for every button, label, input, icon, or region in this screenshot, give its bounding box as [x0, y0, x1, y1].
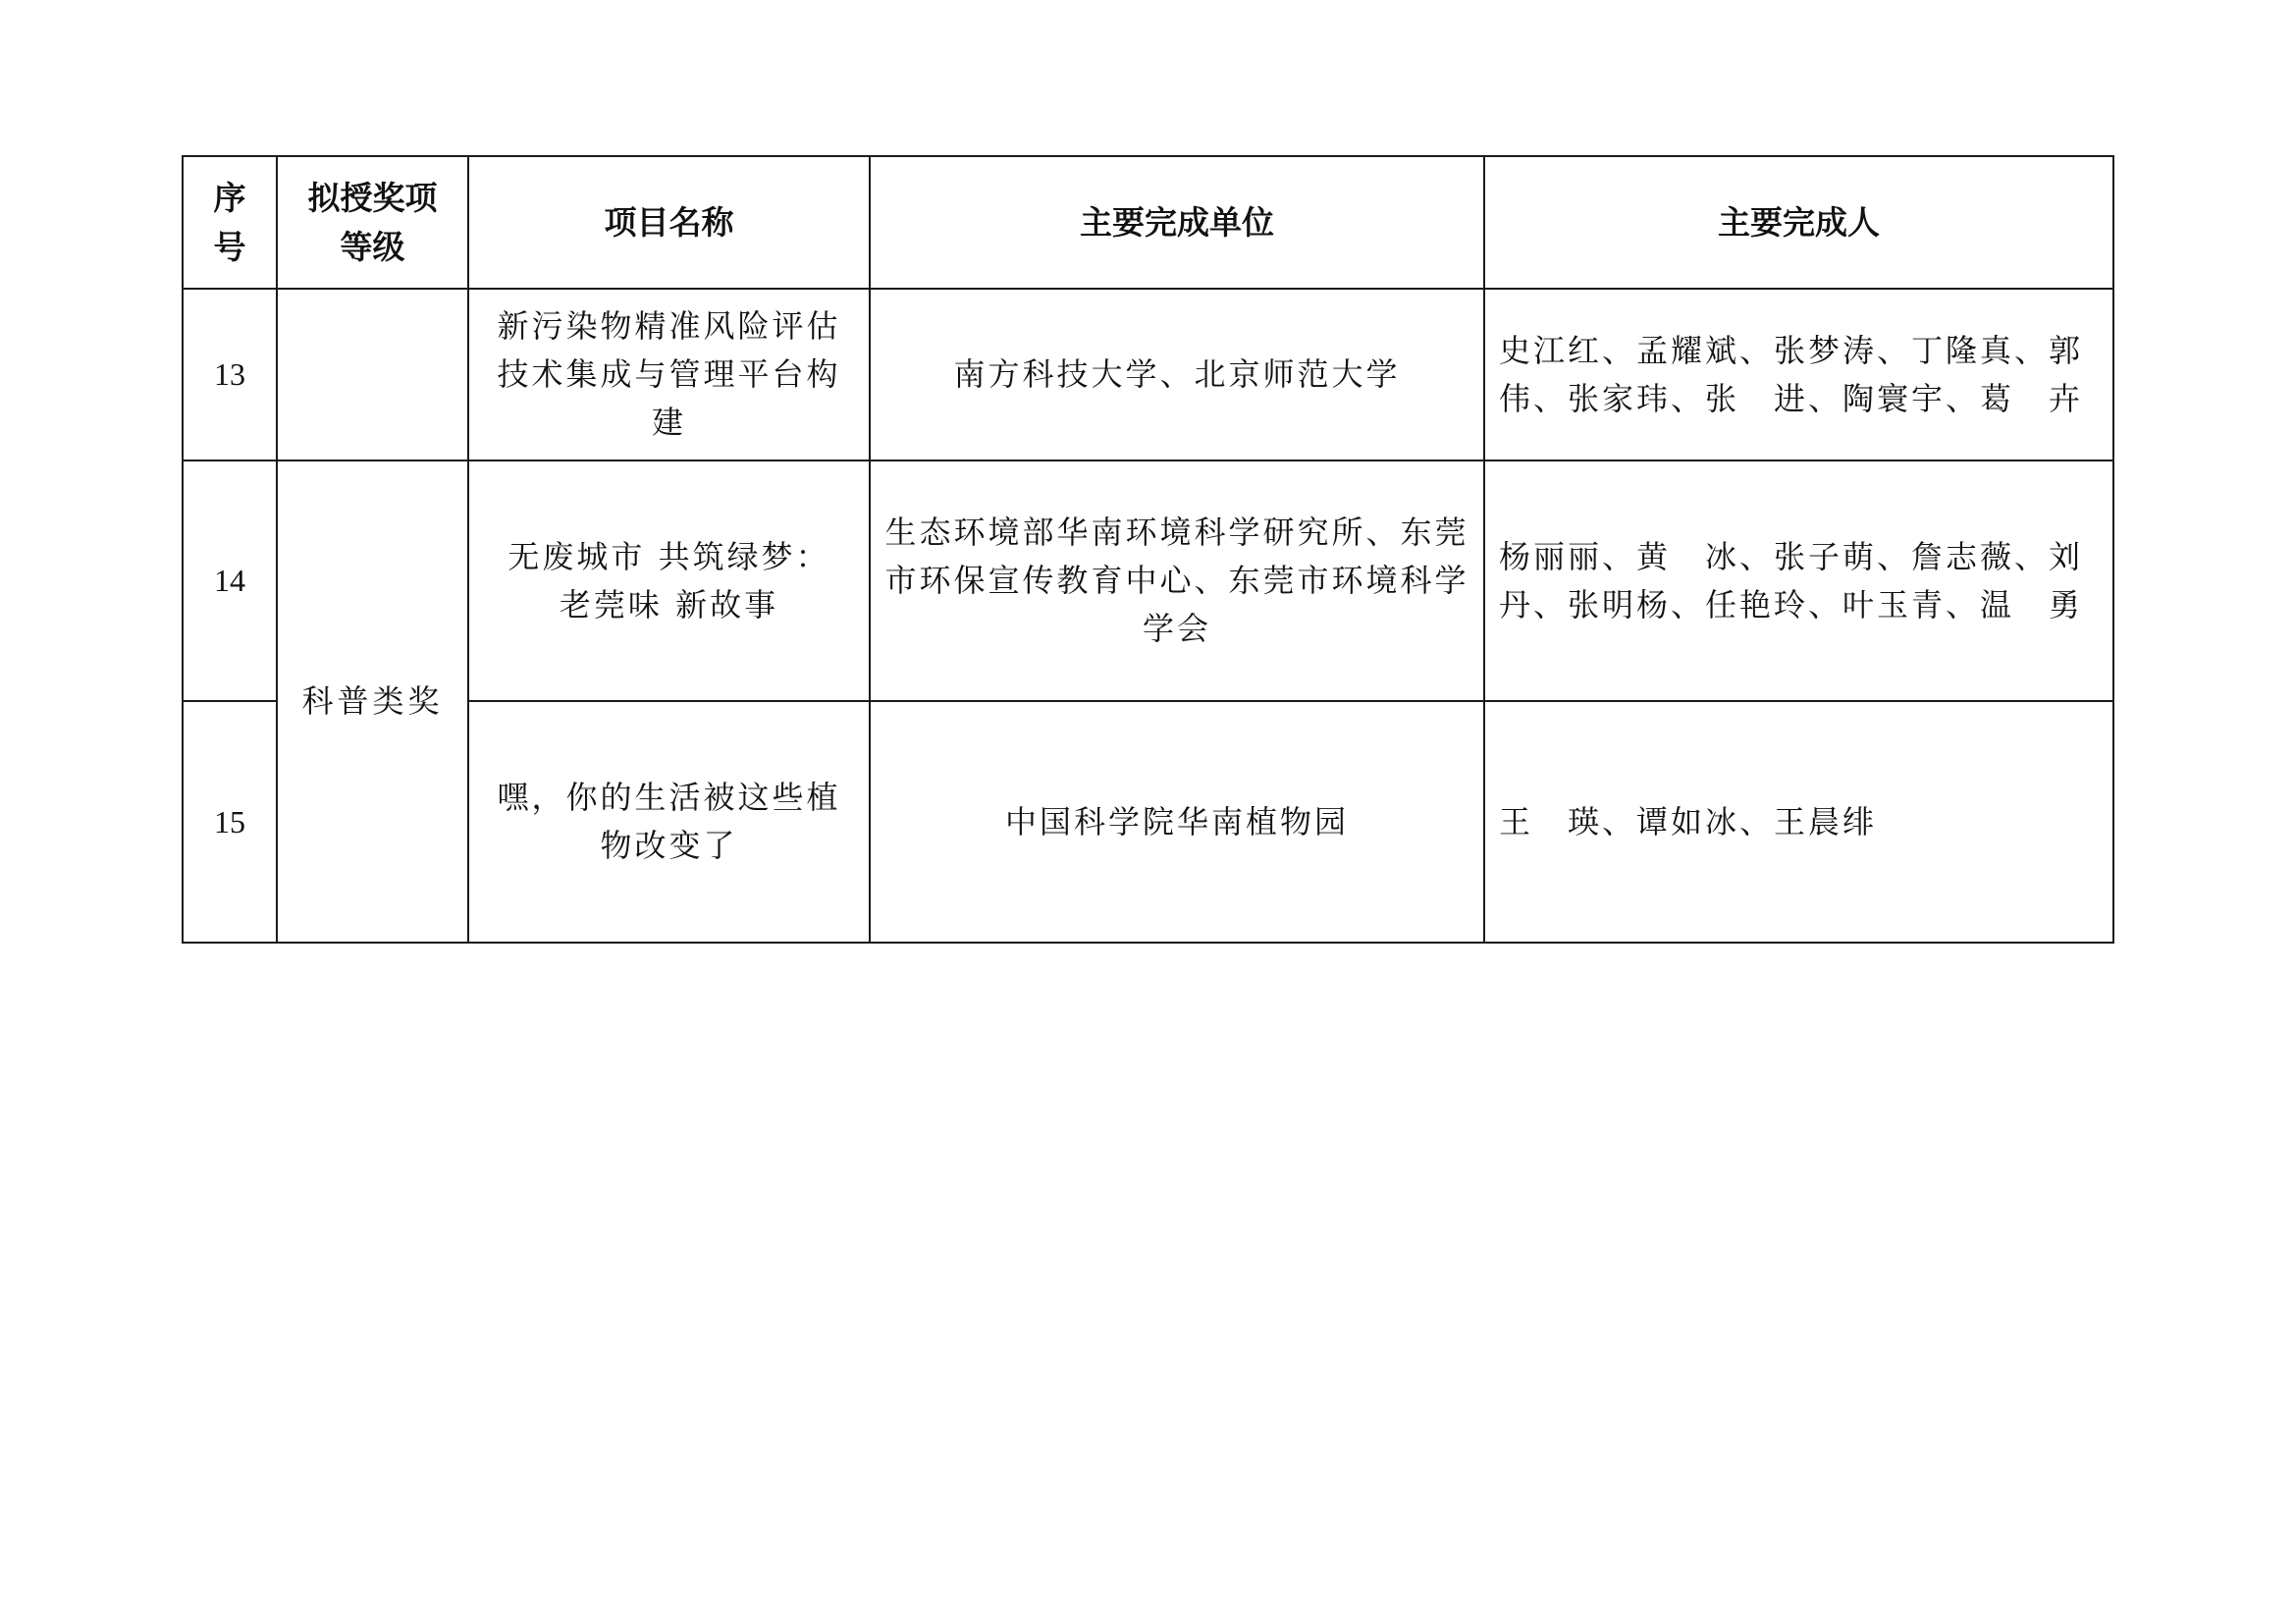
header-index: 序 号 — [183, 156, 277, 289]
row-award-level — [277, 289, 468, 460]
row-people: 王 瑛、谭如冰、王晨绯 — [1484, 701, 2113, 943]
row-units: 中国科学院华南植物园 — [870, 701, 1484, 943]
header-award-level-line-1: 拟授奖项 — [278, 174, 467, 223]
header-units: 主要完成单位 — [870, 156, 1484, 289]
row-people: 史江红、孟耀斌、张梦涛、丁隆真、郭 伟、张家玮、张 进、陶寰宇、葛 卉 — [1484, 289, 2113, 460]
row-index: 13 — [183, 289, 277, 460]
row-units: 生态环境部华南环境科学研究所、东莞市环保宣传教育中心、东莞市环境科学学会 — [870, 460, 1484, 701]
header-people: 主要完成人 — [1484, 156, 2113, 289]
row-project-name: 新污染物精准风险评估技术集成与管理平台构建 — [468, 289, 870, 460]
award-level-merged: 科普类奖 — [277, 460, 468, 943]
header-award-level: 拟授奖项 等级 — [277, 156, 468, 289]
table-row: 14 科普类奖 无废城市 共筑绿梦： 老莞味 新故事 生态环境部华南环境科学研究… — [183, 460, 2113, 701]
row-index: 14 — [183, 460, 277, 701]
awards-table: 序 号 拟授奖项 等级 项目名称 主要完成单位 主要完成人 13 新污染物精准风… — [182, 155, 2114, 944]
header-award-level-line-2: 等级 — [278, 223, 467, 272]
header-index-line-1: 序 — [184, 174, 276, 223]
table-row: 15 嘿，你的生活被这些植物改变了 中国科学院华南植物园 王 瑛、谭如冰、王晨绯 — [183, 701, 2113, 943]
project-name-line-2: 老莞味 新故事 — [483, 581, 855, 629]
header-project-name: 项目名称 — [468, 156, 870, 289]
header-row: 序 号 拟授奖项 等级 项目名称 主要完成单位 主要完成人 — [183, 156, 2113, 289]
row-units: 南方科技大学、北京师范大学 — [870, 289, 1484, 460]
row-project-name: 嘿，你的生活被这些植物改变了 — [468, 701, 870, 943]
project-name-line-1: 无废城市 共筑绿梦： — [483, 533, 855, 581]
row-people: 杨丽丽、黄 冰、张子萌、詹志薇、刘 丹、张明杨、任艳玲、叶玉青、温 勇 — [1484, 460, 2113, 701]
row-project-name: 无废城市 共筑绿梦： 老莞味 新故事 — [468, 460, 870, 701]
row-index: 15 — [183, 701, 277, 943]
header-index-line-2: 号 — [184, 223, 276, 272]
table-row: 13 新污染物精准风险评估技术集成与管理平台构建 南方科技大学、北京师范大学 史… — [183, 289, 2113, 460]
